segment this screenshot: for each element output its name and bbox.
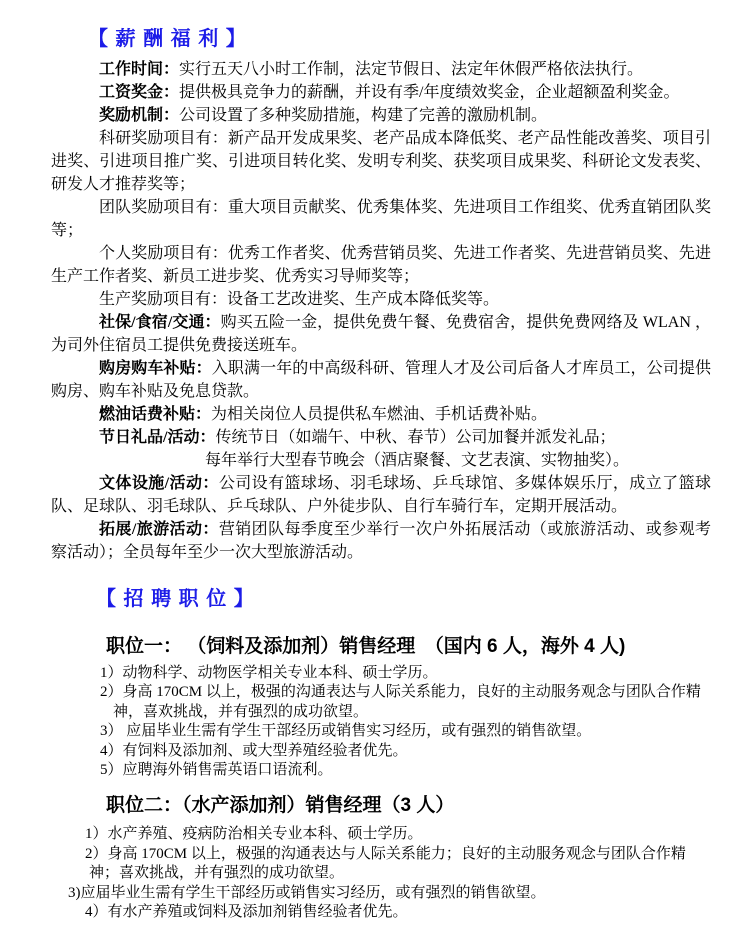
benefit-label: 燃油话费补贴： [99, 406, 211, 423]
requirement-item: 2）身高 170CM 以上，极强的沟通表达与人际关系能力，良好的主动服务观念与团… [113, 683, 711, 722]
benefit-paragraph: 节日礼品/活动：传统节日（如端午、中秋、春节）公司加餐并派发礼品； [51, 426, 711, 449]
benefit-label: 奖励机制： [99, 107, 179, 124]
benefit-paragraph: 奖励机制：公司设置了多种奖励措施，构建了完善的激励机制。 [51, 104, 711, 127]
requirement-item: 3)应届毕业生需有学生干部经历或销售实习经历，或有强烈的销售欲望。 [68, 884, 711, 903]
benefit-text: 实行五天八小时工作制，法定节假日、法定年休假严格依法执行。 [179, 61, 643, 78]
requirement-item: 1）水产养殖、疫病防治相关专业本科、硕士学历。 [89, 825, 711, 844]
benefit-text: 提供极具竞争力的薪酬，并设有季/年度绩效奖金，企业超额盈利奖金。 [179, 84, 679, 101]
benefit-label: 文体设施/活动： [99, 475, 219, 492]
benefit-paragraph: 工资奖金：提供极具竞争力的薪酬，并设有季/年度绩效奖金，企业超额盈利奖金。 [51, 81, 711, 104]
benefit-paragraph: 科研奖励项目有：新产品开发成果奖、老产品成本降低奖、老产品性能改善奖、项目引进奖… [51, 127, 711, 196]
position-block-1: 职位一： （饲料及添加剂）销售经理 （国内 6 人，海外 4 人) 1）动物科学… [51, 634, 711, 780]
benefit-text: 公司设置了多种奖励措施，构建了完善的激励机制。 [179, 107, 547, 124]
requirement-item: 5）应聘海外销售需英语口语流利。 [113, 761, 711, 780]
benefit-text: 个人奖励项目有：优秀工作者奖、优秀营销员奖、先进工作者奖、先进营销员奖、先进生产… [51, 245, 711, 285]
benefit-text: 生产奖励项目有：设备工艺改进奖、生产成本降低奖等。 [99, 291, 499, 308]
benefit-label: 社保/食宿/交通： [99, 314, 221, 331]
benefit-label: 购房购车补贴： [99, 360, 212, 377]
benefit-text: 每年举行大型春节晚会（酒店聚餐、文艺表演、实物抽奖）。 [205, 452, 629, 469]
benefit-label: 节日礼品/活动： [99, 429, 215, 446]
benefit-text: 科研奖励项目有：新产品开发成果奖、老产品成本降低奖、老产品性能改善奖、项目引进奖… [51, 130, 711, 193]
section-header-benefits: 【 薪 酬 福 利 】 [88, 26, 711, 52]
position-title: 职位一： （饲料及添加剂）销售经理 （国内 6 人，海外 4 人) [106, 634, 711, 660]
benefit-text: 为相关岗位人员提供私车燃油、手机话费补贴。 [211, 406, 547, 423]
benefit-paragraph: 工作时间：实行五天八小时工作制，法定节假日、法定年休假严格依法执行。 [51, 58, 711, 81]
document-page: 【 薪 酬 福 利 】 工作时间：实行五天八小时工作制，法定节假日、法定年休假严… [0, 0, 754, 933]
requirement-item: 3） 应届毕业生需有学生干部经历或销售实习经历，或有强烈的销售欲望。 [113, 722, 711, 741]
benefit-paragraph: 拓展/旅游活动：营销团队每季度至少举行一次户外拓展活动（或旅游活动、或参观考察活… [51, 518, 711, 564]
benefit-label: 工作时间： [99, 61, 179, 78]
requirement-item: 2）身高 170CM 以上，极强的沟通表达与人际关系能力；良好的主动服务观念与团… [89, 845, 711, 884]
benefit-paragraph: 燃油话费补贴：为相关岗位人员提供私车燃油、手机话费补贴。 [51, 403, 711, 426]
requirement-item: 1）动物科学、动物医学相关专业本科、硕士学历。 [113, 664, 711, 683]
benefit-text: 传统节日（如端午、中秋、春节）公司加餐并派发礼品； [215, 429, 615, 446]
benefit-text: 团队奖励项目有：重大项目贡献奖、优秀集体奖、先进项目工作组奖、优秀直销团队奖等； [51, 199, 711, 239]
position-block-2: 职位二：（水产添加剂）销售经理（3 人） 1）水产养殖、疫病防治相关专业本科、硕… [51, 793, 711, 922]
benefit-paragraph-continuation: 每年举行大型春节晚会（酒店聚餐、文艺表演、实物抽奖）。 [51, 449, 711, 472]
benefits-section: 工作时间：实行五天八小时工作制，法定节假日、法定年休假严格依法执行。 工资奖金：… [51, 58, 711, 564]
requirement-item: 4）有水产养殖或饲料及添加剂销售经验者优先。 [89, 903, 711, 922]
benefit-paragraph: 生产奖励项目有：设备工艺改进奖、生产成本降低奖等。 [51, 288, 711, 311]
requirements-list: 1）水产养殖、疫病防治相关专业本科、硕士学历。 2）身高 170CM 以上，极强… [51, 825, 711, 922]
benefit-paragraph: 文体设施/活动：公司设有篮球场、羽毛球场、乒乓球馆、多媒体娱乐厅，成立了篮球队、… [51, 472, 711, 518]
section-header-positions: 【 招 聘 职 位 】 [96, 586, 711, 612]
benefit-paragraph: 社保/食宿/交通：购买五险一金，提供免费午餐、免费宿舍，提供免费网络及 WLAN… [51, 311, 711, 357]
benefit-label: 工资奖金： [99, 84, 179, 101]
requirements-list: 1）动物科学、动物医学相关专业本科、硕士学历。 2）身高 170CM 以上，极强… [51, 664, 711, 780]
benefit-paragraph: 个人奖励项目有：优秀工作者奖、优秀营销员奖、先进工作者奖、先进营销员奖、先进生产… [51, 242, 711, 288]
benefit-paragraph: 购房购车补贴：入职满一年的中高级科研、管理人才及公司后备人才库员工，公司提供购房… [51, 357, 711, 403]
document-content: 【 薪 酬 福 利 】 工作时间：实行五天八小时工作制，法定节假日、法定年休假严… [0, 0, 754, 922]
benefit-paragraph: 团队奖励项目有：重大项目贡献奖、优秀集体奖、先进项目工作组奖、优秀直销团队奖等； [51, 196, 711, 242]
position-title: 职位二：（水产添加剂）销售经理（3 人） [106, 793, 711, 819]
requirement-item: 4）有饲料及添加剂、或大型养殖经验者优先。 [113, 742, 711, 761]
benefit-label: 拓展/旅游活动： [99, 521, 219, 538]
